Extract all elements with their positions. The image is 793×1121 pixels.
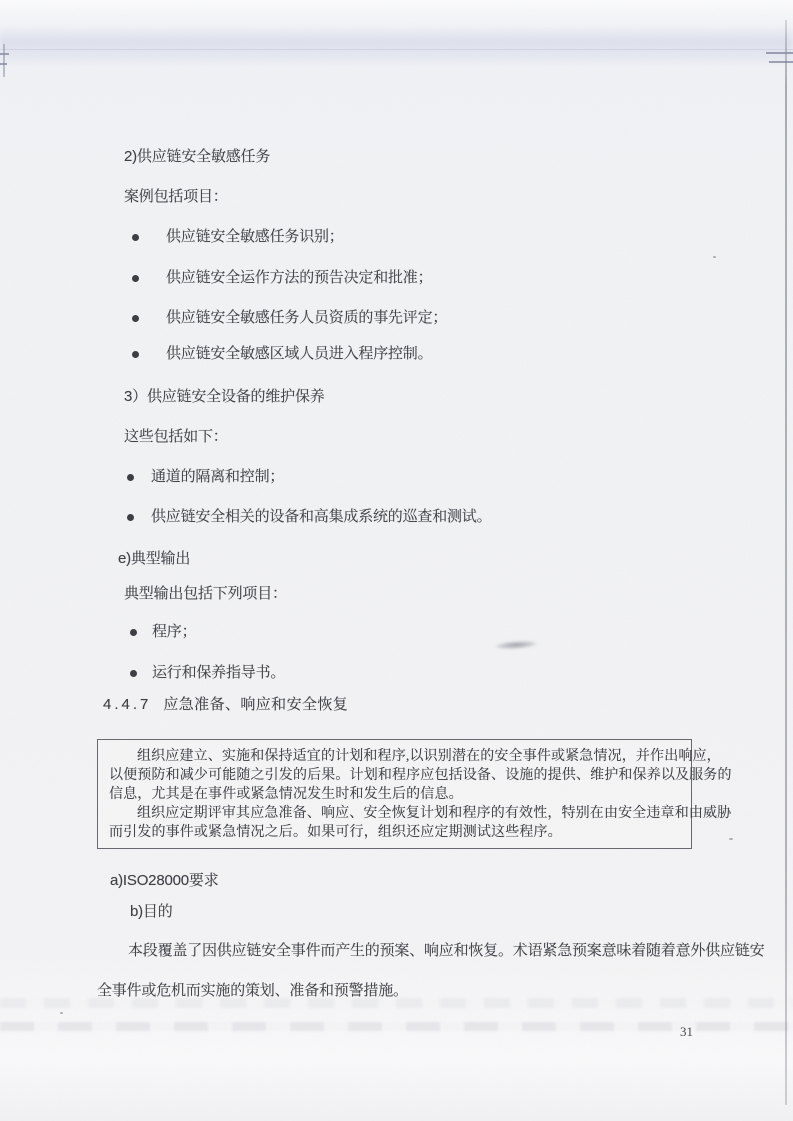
paragraph-b-line: 全事件或危机而实施的策划、准备和预警措施。	[97, 981, 408, 1001]
bullet-item: 运行和保养指导书。	[130, 663, 285, 683]
scan-edge-line	[785, 20, 787, 1105]
bullet-icon	[130, 670, 137, 677]
bullet-icon	[132, 351, 139, 358]
list-item-2-heading: 2)供应链安全敏感任务	[124, 147, 270, 167]
bullet-item-label: 通道的隔离和控制；	[151, 467, 284, 487]
box-text-line: 而引发的事件或紧急情况之后。如果可行，组织还应定期测试这些程序。	[109, 823, 680, 842]
list-item-3-heading: 3）供应链安全设备的维护保养	[124, 387, 325, 407]
bullet-item-label: 程序；	[152, 622, 196, 642]
requirement-quote-box: 组织应建立、实施和保持适宜的计划和程序,以识别潜在的安全事件或紧急情况，并作出响…	[97, 739, 692, 849]
fold-mark-right	[769, 61, 793, 63]
list-item-e-intro: 典型输出包括下列项目：	[124, 584, 287, 604]
page-number: 31	[680, 1024, 693, 1040]
bullet-item-label: 供应链安全运作方法的预告决定和批准；	[166, 268, 432, 288]
bullet-icon	[132, 234, 139, 241]
bullet-icon	[130, 629, 137, 636]
bullet-icon	[127, 474, 134, 481]
bullet-item: 供应链安全敏感任务识别；	[132, 227, 344, 247]
scan-shadow-band	[0, 27, 793, 65]
section-title: 应急准备、响应和安全恢复	[163, 696, 348, 713]
fold-mark-right	[766, 52, 793, 54]
bullet-item-label: 供应链安全敏感区域人员进入程序控制。	[166, 344, 432, 364]
list-item-3-intro: 这些包括如下：	[124, 427, 228, 447]
paragraph-b-line: 本段覆盖了因供应链安全事件而产生的预案、响应和恢复。术语紧急预案意味着随着意外供…	[128, 941, 764, 961]
box-text-line: 组织应建立、实施和保持适宜的计划和程序,以识别潜在的安全事件或紧急情况，并作出响…	[109, 747, 680, 766]
bullet-item: 程序；	[130, 622, 196, 642]
bullet-icon	[132, 315, 139, 322]
fold-mark-left-vertical	[3, 44, 5, 77]
bullet-item: 通道的隔离和控制；	[127, 467, 284, 487]
ink-smudge	[495, 640, 537, 651]
list-item-a-heading: a)ISO28000要求	[110, 871, 219, 891]
bullet-item-label: 供应链安全敏感任务人员资质的事先评定；	[166, 308, 447, 328]
list-item-e-heading: e)典型输出	[118, 549, 190, 569]
paper-speck	[60, 1012, 63, 1014]
scan-streaks	[0, 1022, 793, 1031]
fold-mark-left	[0, 53, 9, 55]
bullet-item: 供应链安全敏感任务人员资质的事先评定；	[132, 308, 447, 328]
bullet-item: 供应链安全相关的设备和高集成系统的巡查和测试。	[127, 507, 491, 527]
bullet-item: 供应链安全运作方法的预告决定和批准；	[132, 268, 432, 288]
bullet-icon	[127, 514, 134, 521]
box-text-line: 信息，尤其是在事件或紧急情况发生时和发生后的信息。	[109, 785, 680, 804]
scan-crease-line	[0, 49, 793, 50]
section-heading-4-4-7: 4.4.7应急准备、响应和安全恢复	[103, 695, 348, 715]
paper-speck	[713, 256, 716, 258]
list-item-2-intro: 案例包括项目：	[124, 187, 228, 207]
box-text-line: 组织应定期评审其应急准备、响应、安全恢复计划和程序的有效性，特别在由安全违章和由…	[109, 804, 680, 823]
bullet-icon	[132, 275, 139, 282]
bullet-item: 供应链安全敏感区域人员进入程序控制。	[132, 344, 432, 364]
bullet-item-label: 供应链安全敏感任务识别；	[166, 227, 344, 247]
box-text-line: 以便预防和减少可能随之引发的后果。计划和程序应包括设备、设施的提供、维护和保养以…	[109, 766, 680, 785]
bullet-item-label: 供应链安全相关的设备和高集成系统的巡查和测试。	[151, 507, 491, 527]
bullet-item-label: 运行和保养指导书。	[152, 663, 285, 683]
scanned-document-page: 2)供应链安全敏感任务 案例包括项目： 供应链安全敏感任务识别； 供应链安全运作…	[0, 0, 793, 1121]
section-number: 4.4.7	[103, 696, 151, 713]
list-item-b-heading: b)目的	[130, 902, 173, 922]
paper-speck	[729, 838, 733, 840]
